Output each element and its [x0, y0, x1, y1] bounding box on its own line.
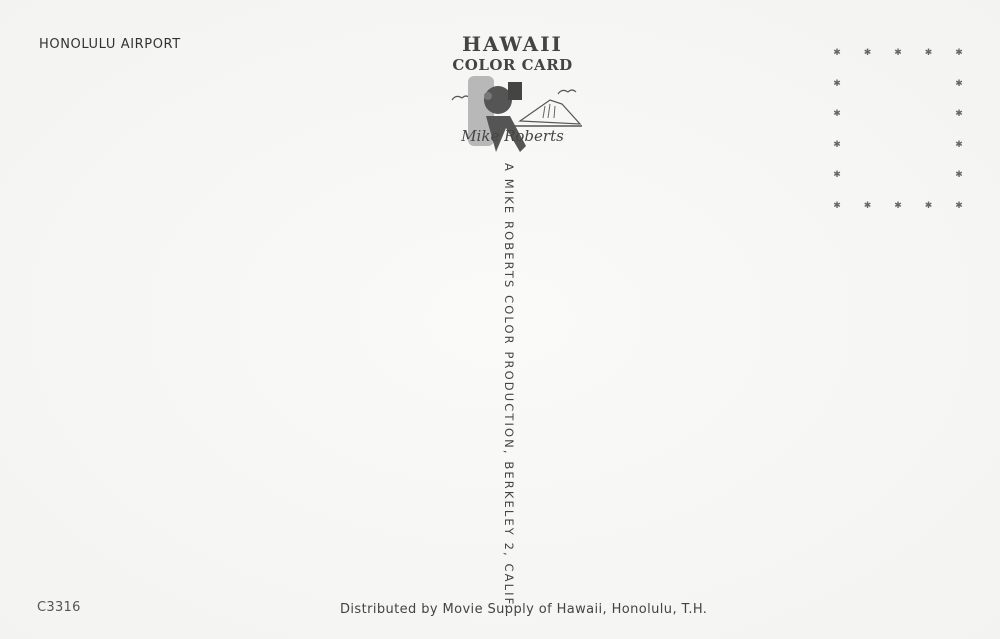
star-icon: ✱ [832, 201, 842, 211]
distributor-line: Distributed by Movie Supply of Hawaii, H… [340, 602, 707, 617]
star-icon: ✱ [832, 140, 842, 150]
vertical-credit-text: A MIKE ROBERTS COLOR PRODUCTION, BERKELE… [502, 163, 516, 610]
postcard-back: HONOLULU AIRPORT HAWAII COLOR CARD Mike … [0, 0, 1000, 639]
star-icon: ✱ [954, 109, 964, 119]
star-icon: ✱ [832, 79, 842, 89]
star-icon: ✱ [863, 48, 873, 58]
stamp-box: ✱✱✱✱✱✱✱✱✱✱✱✱✱✱✱✱✱✱ [828, 42, 968, 212]
star-icon: ✱ [832, 170, 842, 180]
logo-title-color-card: COLOR CARD [440, 56, 585, 74]
logo-title-hawaii: HAWAII [440, 32, 585, 56]
logo-signature: Mike Roberts [440, 127, 585, 145]
star-icon: ✱ [954, 201, 964, 211]
hawaii-color-card-logo: HAWAII COLOR CARD Mike Roberts [440, 32, 585, 152]
star-icon: ✱ [832, 109, 842, 119]
star-icon: ✱ [954, 140, 964, 150]
star-icon: ✱ [924, 201, 934, 211]
star-icon: ✱ [832, 48, 842, 58]
caption: HONOLULU AIRPORT [39, 37, 181, 52]
star-icon: ✱ [954, 170, 964, 180]
star-icon: ✱ [893, 201, 903, 211]
star-icon: ✱ [863, 201, 873, 211]
card-number: C3316 [37, 600, 81, 615]
star-icon: ✱ [893, 48, 903, 58]
star-icon: ✱ [924, 48, 934, 58]
star-icon: ✱ [954, 79, 964, 89]
star-icon: ✱ [954, 48, 964, 58]
